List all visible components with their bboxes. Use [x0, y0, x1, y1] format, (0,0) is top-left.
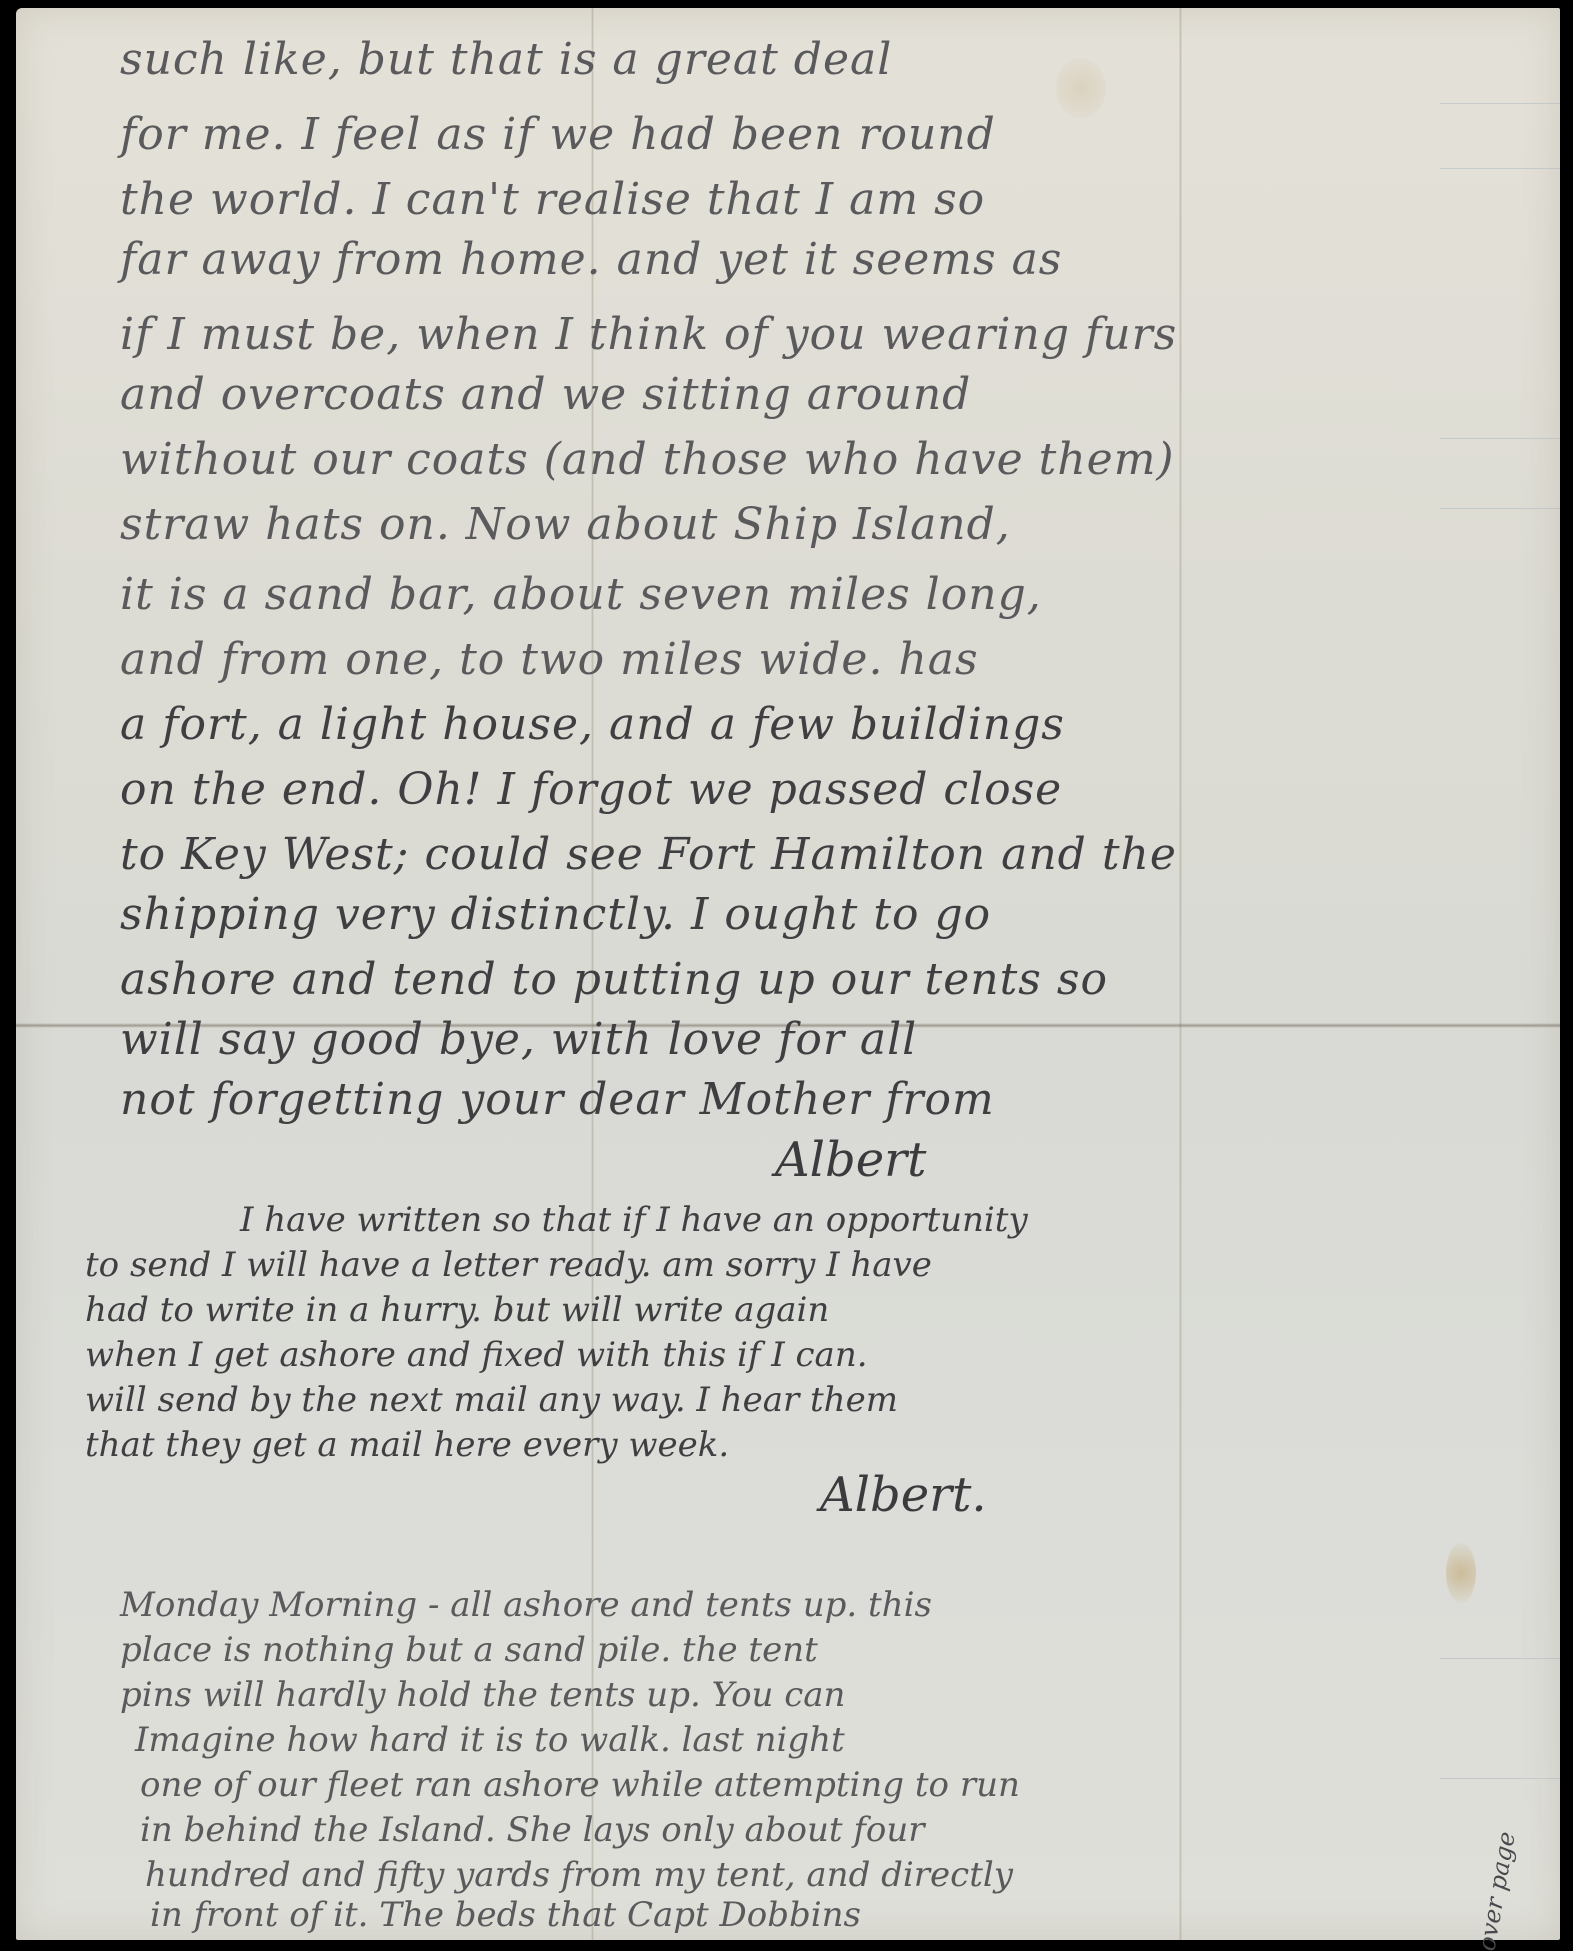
letter-line: without our coats (and those who have th… — [120, 430, 1520, 490]
letter-line: for me. I feel as if we had been round — [120, 105, 1520, 165]
letter-line: on the end. Oh! I forgot we passed close — [120, 760, 1520, 820]
signature-albert: Albert — [775, 1130, 926, 1190]
letter-line: ashore and tend to putting up our tents … — [120, 950, 1520, 1010]
letter-line: straw hats on. Now about Ship Island, — [120, 495, 1520, 555]
letter-line: if I must be, when I think of you wearin… — [120, 305, 1520, 365]
letter-line: and overcoats and we sitting around — [120, 365, 1520, 425]
letter-line: such like, but that is a great deal — [120, 30, 1520, 90]
letter-line: not forgetting your dear Mother from — [120, 1070, 1520, 1130]
letter-line: to Key West; could see Fort Hamilton and… — [120, 825, 1520, 885]
letter-line: a fort, a light house, and a few buildin… — [120, 695, 1520, 755]
signature-albert-2: Albert. — [820, 1465, 987, 1525]
monday-note-line: in front of it. The beds that Capt Dobbi… — [150, 1885, 1550, 1945]
letter-line: will say good bye, with love for all — [120, 1010, 1520, 1070]
postscript-line: that they get a mail here every week. — [85, 1415, 1485, 1475]
letter-line: far away from home. and yet it seems as — [120, 230, 1520, 290]
letter-body: such like, but that is a great deal for … — [0, 0, 1573, 1951]
letter-line: and from one, to two miles wide. has — [120, 630, 1520, 690]
letter-line: the world. I can't realise that I am so — [120, 170, 1520, 230]
letter-line: shipping very distinctly. I ought to go — [120, 885, 1520, 945]
